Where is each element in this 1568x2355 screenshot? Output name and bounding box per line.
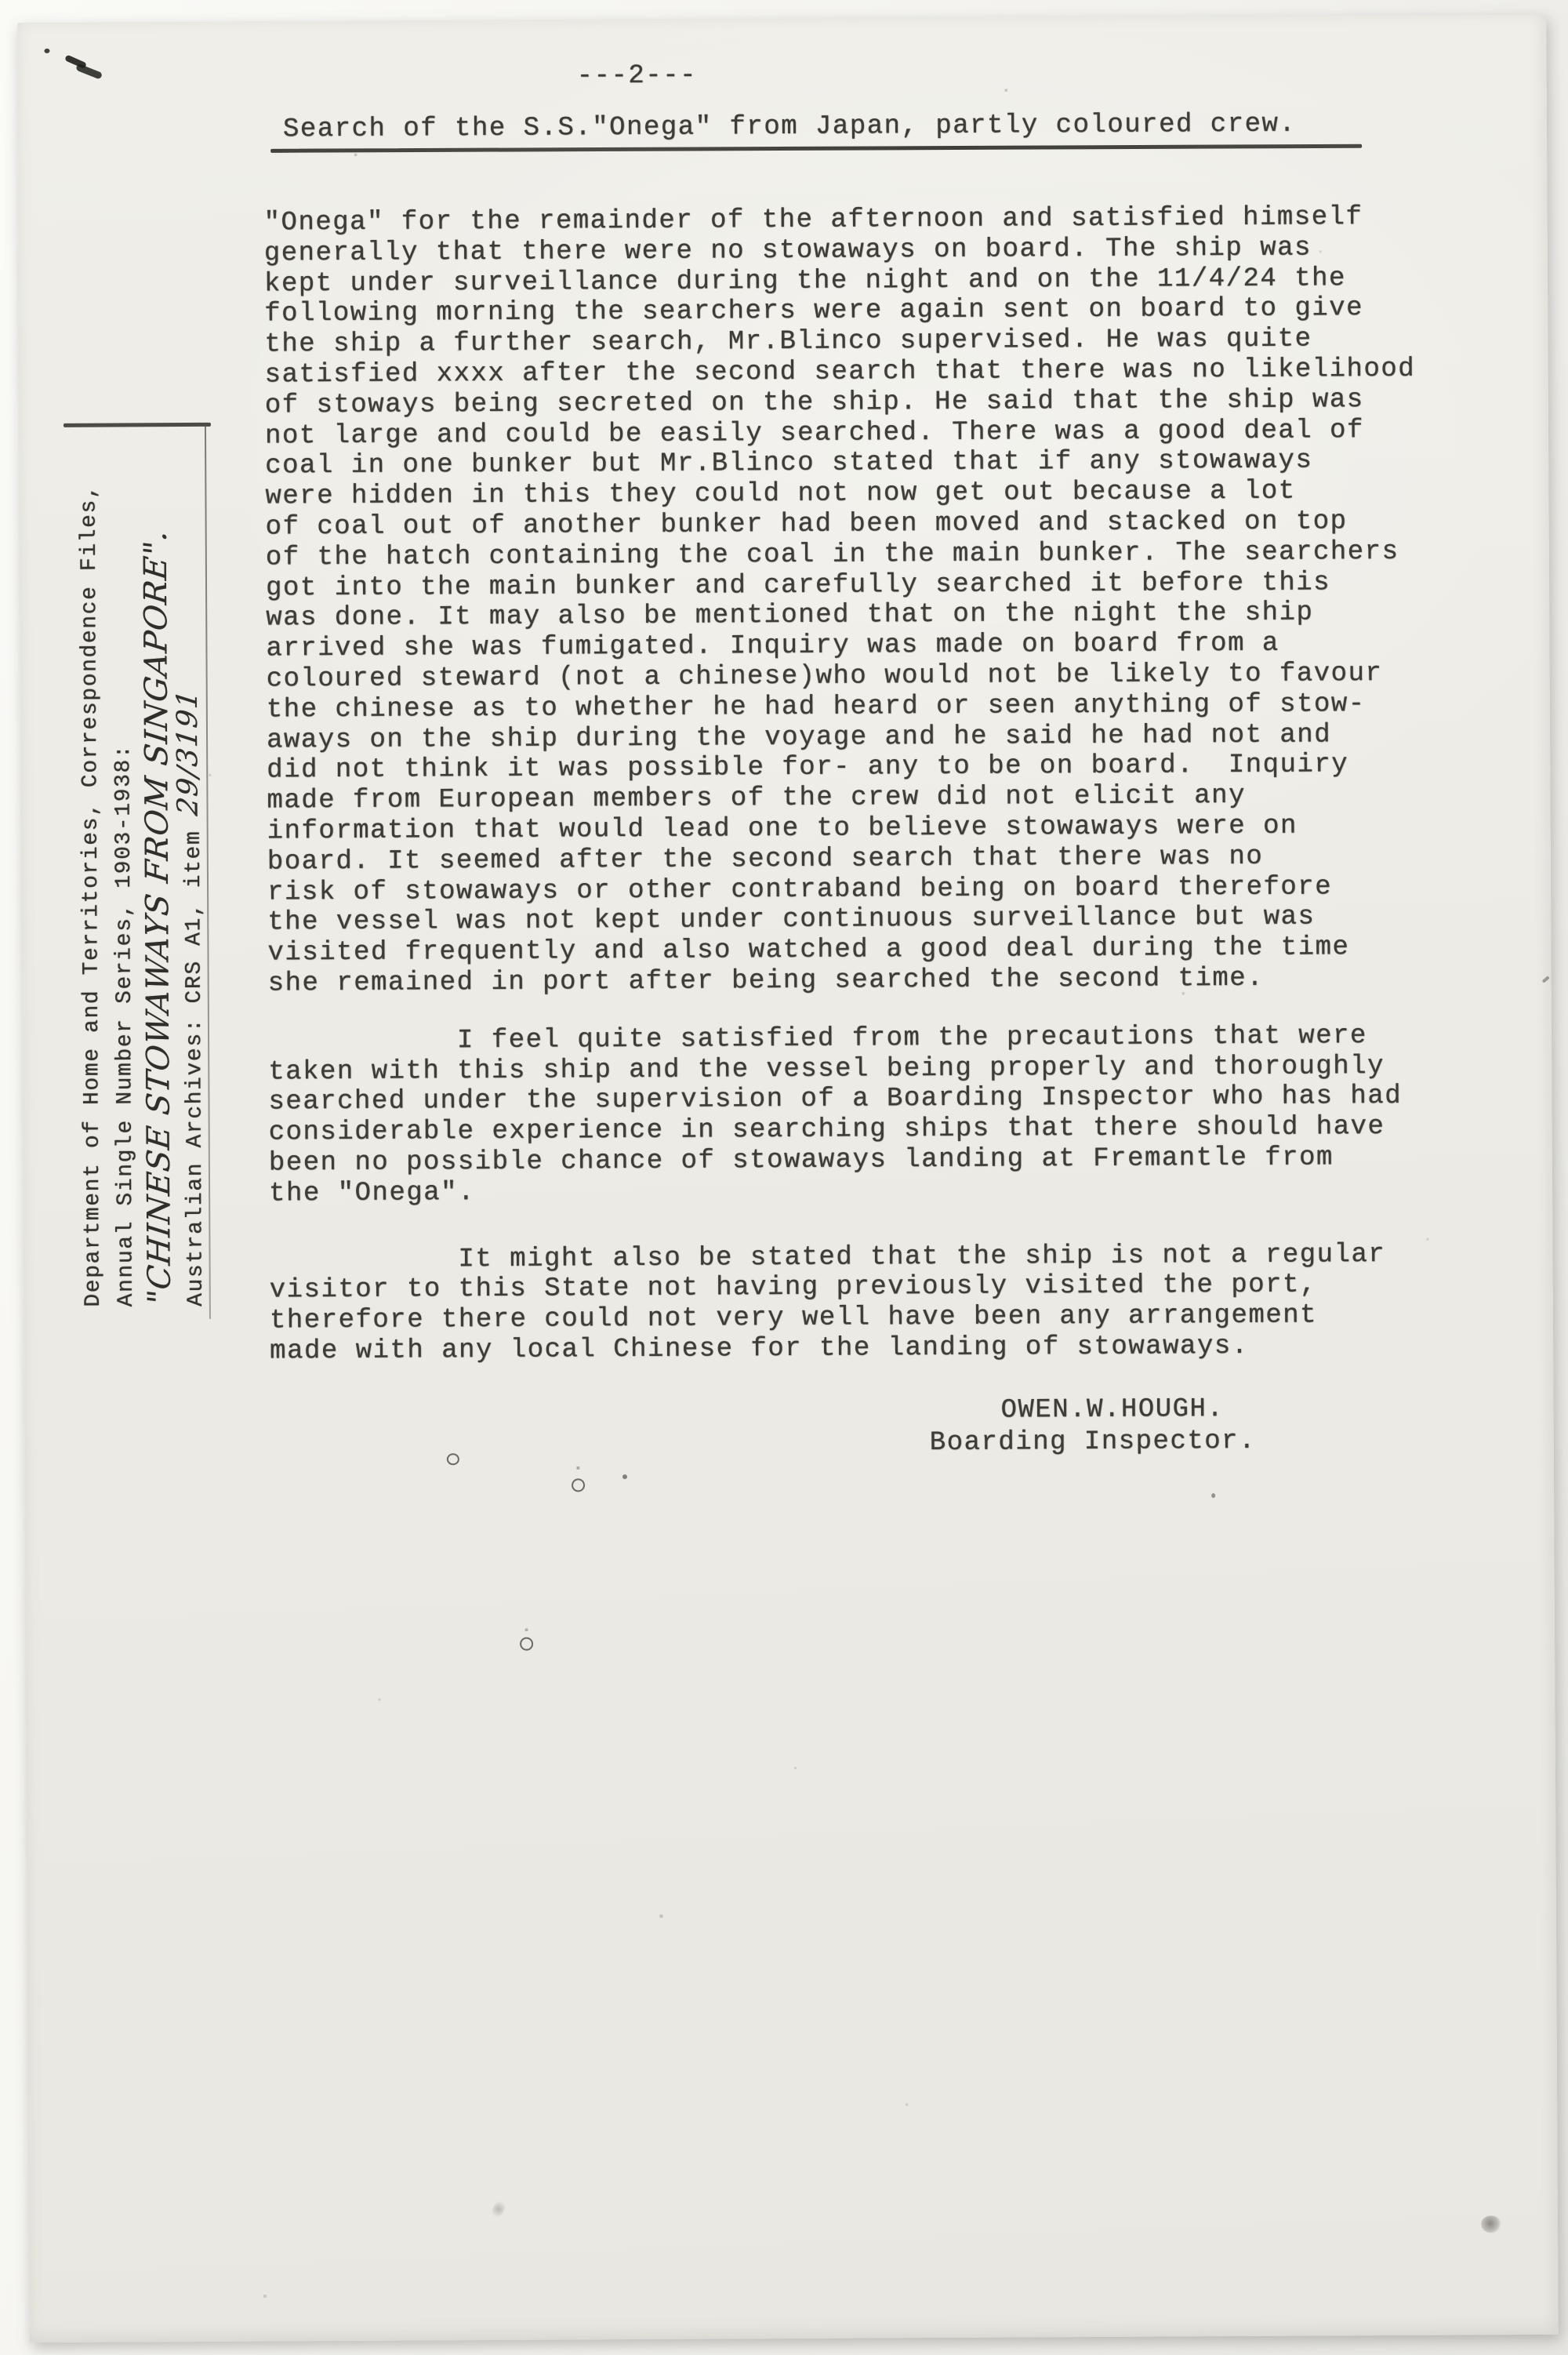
paper-speck-2 <box>1211 1493 1215 1498</box>
archive-file-title-handwritten: "CHINESE STOWAWAYS FROM SINGAPORE". <box>139 432 176 1307</box>
document-heading: Search of the S.S."Onega" from Japan, pa… <box>283 109 1296 146</box>
archive-item-line: Australian Archives: CRS A1, item 29/319… <box>172 436 209 1307</box>
paper-ring-mark-1 <box>447 1453 459 1465</box>
paragraph-inspector-opinion: I feel quite satisfied from the precauti… <box>268 1020 1461 1209</box>
pencil-smudge-bottom <box>488 2197 508 2221</box>
signature-title: Boarding Inspector. <box>930 1426 1256 1459</box>
edge-mark-right <box>1542 976 1550 983</box>
signature-name: OWEN.W.HOUGH. <box>1000 1394 1255 1427</box>
text-line: she remained in port after being searche… <box>268 962 1460 999</box>
signature-block: OWEN.W.HOUGH. Boarding Inspector. <box>929 1394 1256 1459</box>
paper-dust-specks <box>17 23 18 24</box>
ink-smudge-bottom-right <box>1481 2215 1501 2233</box>
text-line: the "Onega". <box>269 1172 1461 1209</box>
paper-ring-mark-3 <box>520 1637 533 1651</box>
heading-underline <box>270 144 1362 153</box>
paragraph-ship-visit-note: It might also be stated that the ship is… <box>269 1239 1461 1367</box>
paper-speck-1 <box>622 1474 627 1479</box>
text-line: made with any local Chinese for the land… <box>270 1330 1461 1367</box>
ink-mark-topleft-dash2 <box>75 64 103 80</box>
archive-label-border-top <box>64 423 211 427</box>
paper-ring-mark-2 <box>572 1478 585 1492</box>
page-number: ---2--- <box>577 60 698 93</box>
archive-reference-label: Department of Home and Territories, Corr… <box>73 436 209 1307</box>
ink-mark-topleft-dot <box>44 49 49 53</box>
text-line: therefore there could not very well have… <box>270 1300 1461 1337</box>
scan-background: ---2--- Search of the S.S."Onega" from J… <box>0 0 1568 2355</box>
document-body: "Onega" for the remainder of the afterno… <box>264 202 1462 1368</box>
paragraph-search-report: "Onega" for the remainder of the afterno… <box>264 202 1460 1000</box>
archive-item-number-handwritten: 29/3191 <box>172 688 205 818</box>
archive-item-typed: Australian Archives: CRS A1, item <box>182 816 209 1307</box>
text-line: did not think it was possible for- any t… <box>267 750 1458 787</box>
document-page: ---2--- Search of the S.S."Onega" from J… <box>17 15 1558 2342</box>
text-line: visited frequently and also watched a go… <box>267 932 1459 969</box>
text-line: been no possible chance of stowaways lan… <box>269 1142 1461 1179</box>
archive-department-line: Department of Home and Territories, Corr… <box>73 437 111 1307</box>
text-line: information that would lead one to belie… <box>267 810 1459 847</box>
